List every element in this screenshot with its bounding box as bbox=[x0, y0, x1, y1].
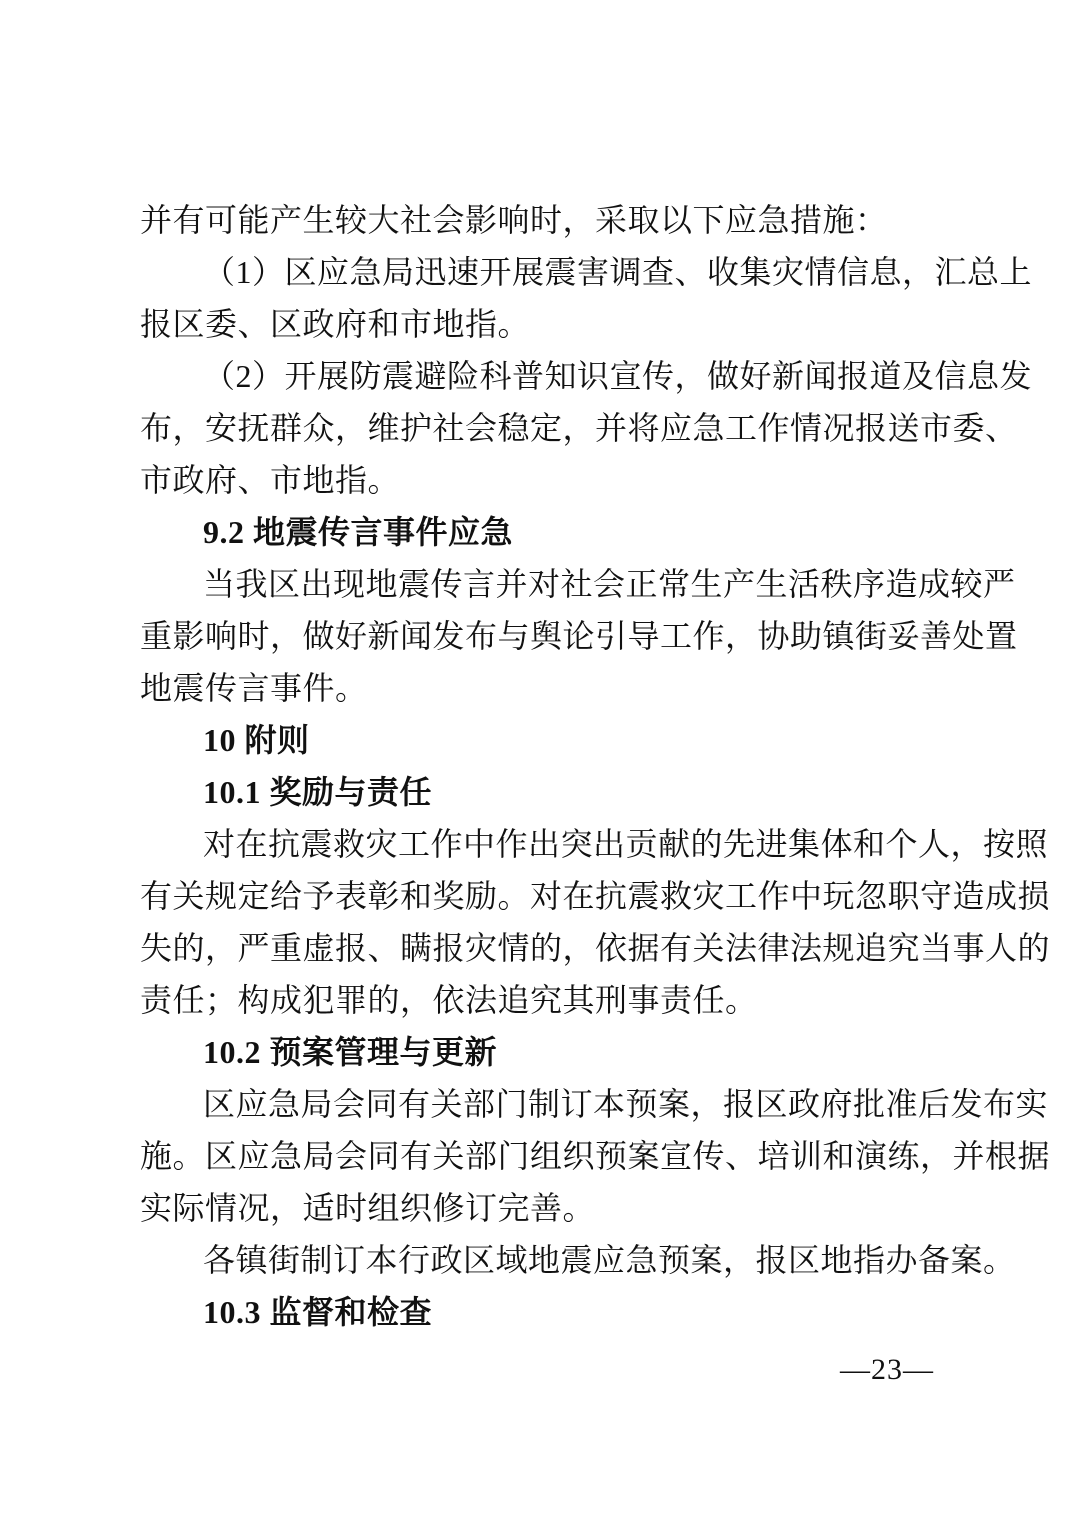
document-line: 有关规定给予表彰和奖励。对在抗震救灾工作中玩忽职守造成损 bbox=[140, 870, 940, 922]
document-line: 失的，严重虚报、瞒报灾情的，依据有关法律法规追究当事人的 bbox=[140, 922, 940, 974]
document-line: 报区委、区政府和市地指。 bbox=[140, 298, 940, 350]
document-line: 布，安抚群众，维护社会稳定，并将应急工作情况报送市委、 bbox=[140, 402, 940, 454]
document-line: （2）开展防震避险科普知识宣传，做好新闻报道及信息发 bbox=[140, 350, 940, 402]
document-line: 并有可能产生较大社会影响时，采取以下应急措施： bbox=[140, 194, 940, 246]
section-heading: 10.2 预案管理与更新 bbox=[140, 1026, 940, 1078]
document-text-block: 并有可能产生较大社会影响时，采取以下应急措施： （1）区应急局迅速开展震害调查、… bbox=[140, 194, 940, 1338]
page-number: —23— bbox=[840, 1350, 934, 1390]
section-heading: 10 附则 bbox=[140, 714, 940, 766]
document-line: 区应急局会同有关部门制订本预案，报区政府批准后发布实 bbox=[140, 1078, 940, 1130]
document-line: 市政府、市地指。 bbox=[140, 454, 940, 506]
section-heading: 10.1 奖励与责任 bbox=[140, 766, 940, 818]
section-heading: 10.3 监督和检查 bbox=[140, 1286, 940, 1338]
document-line: 当我区出现地震传言并对社会正常生产生活秩序造成较严 bbox=[140, 558, 940, 610]
document-page: 并有可能产生较大社会影响时，采取以下应急措施： （1）区应急局迅速开展震害调查、… bbox=[0, 0, 1074, 1520]
document-line: 地震传言事件。 bbox=[140, 662, 940, 714]
document-line: （1）区应急局迅速开展震害调查、收集灾情信息，汇总上 bbox=[140, 246, 940, 298]
document-line: 责任；构成犯罪的，依法追究其刑事责任。 bbox=[140, 974, 940, 1026]
document-line: 各镇街制订本行政区域地震应急预案，报区地指办备案。 bbox=[140, 1234, 940, 1286]
document-line: 对在抗震救灾工作中作出突出贡献的先进集体和个人，按照 bbox=[140, 818, 940, 870]
document-line: 重影响时，做好新闻发布与舆论引导工作，协助镇街妥善处置 bbox=[140, 610, 940, 662]
document-line: 实际情况，适时组织修订完善。 bbox=[140, 1182, 940, 1234]
document-line: 施。区应急局会同有关部门组织预案宣传、培训和演练，并根据 bbox=[140, 1130, 940, 1182]
section-heading: 9.2 地震传言事件应急 bbox=[140, 506, 940, 558]
